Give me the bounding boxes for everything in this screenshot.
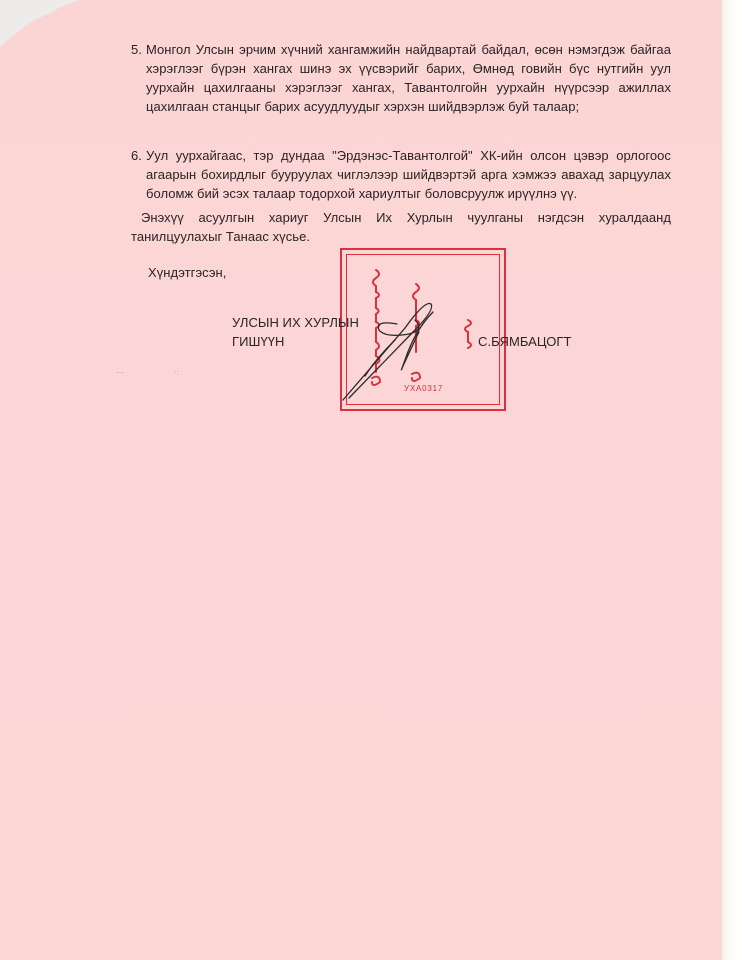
list-number: 6. [131,146,142,165]
signer-role-line2: ГИШҮҮН [232,332,284,351]
list-number: 5. [131,40,142,59]
page-edge [722,0,742,960]
list-item-text: Уул уурхайгаас, тэр дундаа "Эрдэнэс-Тава… [146,146,671,203]
handwritten-signature [335,290,445,410]
regards-text: Хүндэтгэсэн, [148,263,226,282]
document-page [0,0,722,960]
list-item-text: Монгол Улсын эрчим хүчний хангамжийн най… [146,40,671,116]
closing-paragraph: Энэхүү асуулгын хариуг Улсын Их Хурлын ч… [131,208,671,246]
signer-name: С.БЯМБАЦОГТ [478,332,572,351]
